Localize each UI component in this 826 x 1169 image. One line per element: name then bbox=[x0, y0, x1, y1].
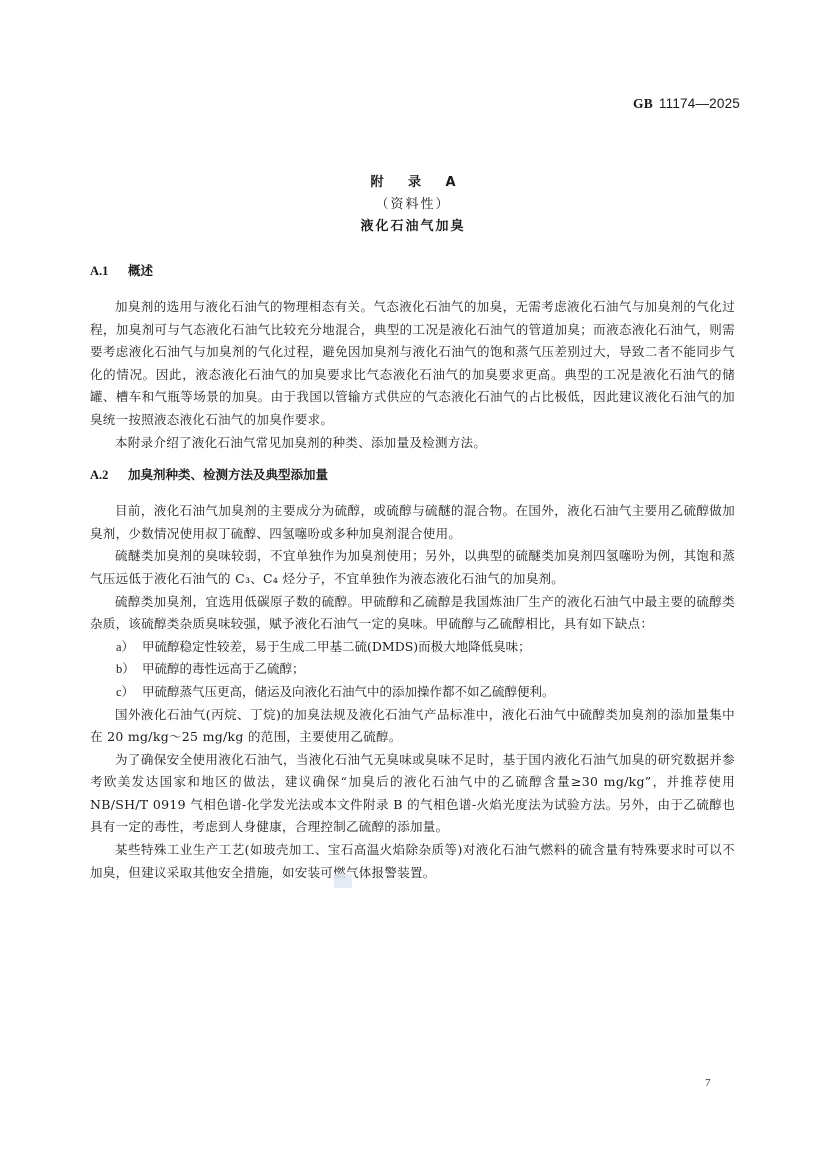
paragraph: 某些特殊工业生产工艺(如玻壳加工、宝石高温火焰除杂质等)对液化石油气燃料的硫含量… bbox=[90, 839, 735, 884]
document-body: A.1概述 加臭剂的选用与液化石油气的物理相态有关。气态液化石油气的加臭，无需考… bbox=[90, 260, 735, 884]
watermark-mark bbox=[334, 874, 352, 888]
section-number: A.1 bbox=[90, 260, 128, 282]
list-marker: b） bbox=[116, 658, 142, 681]
annex-title: 液化石油气加臭 bbox=[0, 216, 826, 238]
paragraph: 硫醚类加臭剂的臭味较弱，不宜单独作为加臭剂使用；另外，以典型的硫醚类加臭剂四氢噻… bbox=[90, 545, 735, 590]
standard-code: GB11174—2025 bbox=[633, 96, 740, 112]
section-title: 加臭剂种类、检测方法及典型添加量 bbox=[128, 467, 328, 482]
annex-title-block: 附 录 A （资料性） 液化石油气加臭 bbox=[0, 172, 826, 238]
paragraph: 硫醇类加臭剂，宜选用低碳原子数的硫醇。甲硫醇和乙硫醇是我国炼油厂生产的液化石油气… bbox=[90, 591, 735, 636]
list-item: b） 甲硫醇的毒性远高于乙硫醇； bbox=[90, 658, 735, 681]
standard-number: 11174—2025 bbox=[659, 96, 740, 111]
paragraph: 国外液化石油气(丙烷、丁烷)的加臭法规及液化石油气产品标准中，液化石油气中硫醇类… bbox=[90, 704, 735, 749]
list-item: a） 甲硫醇稳定性较差，易于生成二甲基二硫(DMDS)而极大地降低臭味； bbox=[90, 636, 735, 659]
list-item: c） 甲硫醇蒸气压更高，储运及向液化石油气中的添加操作都不如乙硫醇便利。 bbox=[90, 681, 735, 704]
list-marker: a） bbox=[116, 636, 142, 659]
paragraph: 目前，液化石油气加臭剂的主要成分为硫醇，或硫醇与硫醚的混合物。在国外，液化石油气… bbox=[90, 500, 735, 545]
section-heading-a1: A.1概述 bbox=[90, 260, 735, 282]
page-number: 7 bbox=[705, 1077, 711, 1089]
paragraph: 加臭剂的选用与液化石油气的物理相态有关。气态液化石油气的加臭，无需考虑液化石油气… bbox=[90, 296, 735, 432]
list-text: 甲硫醇的毒性远高于乙硫醇； bbox=[142, 658, 305, 681]
standard-prefix: GB bbox=[633, 96, 653, 111]
list-text: 甲硫醇蒸气压更高，储运及向液化石油气中的添加操作都不如乙硫醇便利。 bbox=[142, 681, 555, 704]
section-heading-a2: A.2加臭剂种类、检测方法及典型添加量 bbox=[90, 464, 735, 486]
annex-nature: （资料性） bbox=[0, 194, 826, 216]
list-marker: c） bbox=[116, 681, 142, 704]
annex-label: 附 录 A bbox=[0, 172, 826, 194]
list-text: 甲硫醇稳定性较差，易于生成二甲基二硫(DMDS)而极大地降低臭味； bbox=[142, 636, 531, 659]
paragraph: 本附录介绍了液化石油气常见加臭剂的种类、添加量及检测方法。 bbox=[90, 432, 735, 455]
section-title: 概述 bbox=[128, 263, 153, 278]
section-number: A.2 bbox=[90, 464, 128, 486]
paragraph: 为了确保安全使用液化石油气，当液化石油气无臭味或臭味不足时，基于国内液化石油气加… bbox=[90, 749, 735, 839]
